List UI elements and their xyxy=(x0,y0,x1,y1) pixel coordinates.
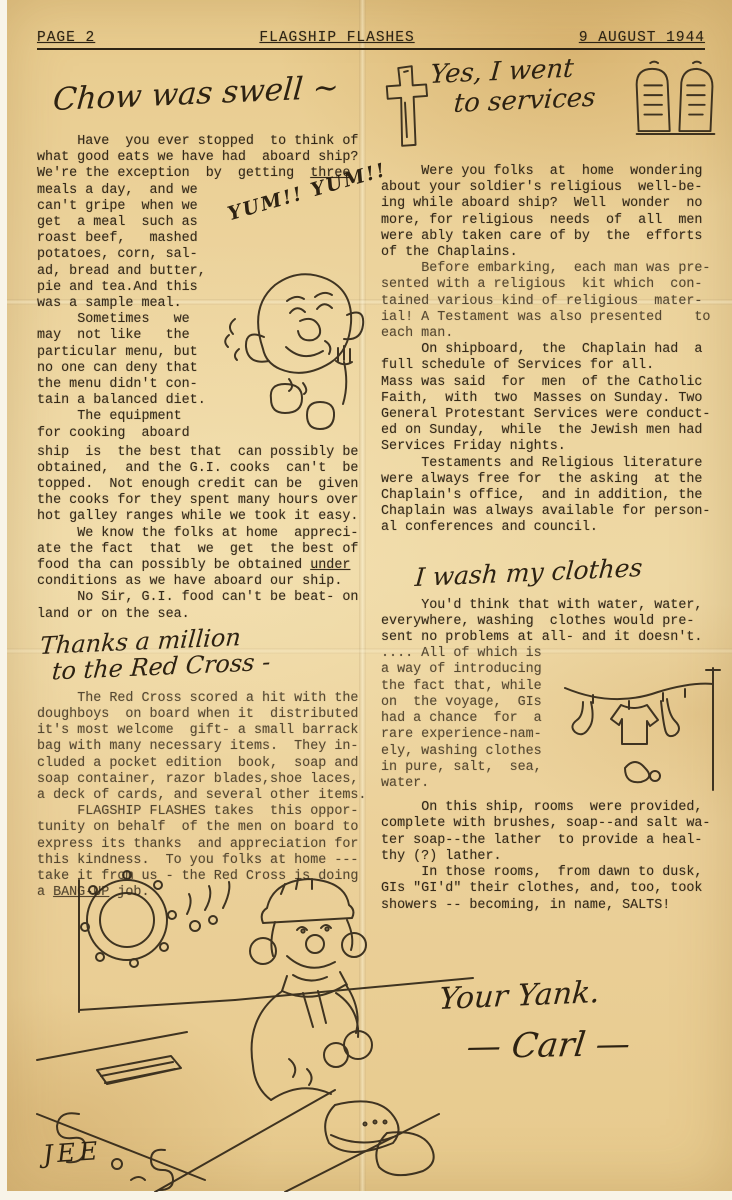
page-header: PAGE 2 FLAGSHIP FLASHES 9 AUGUST 1944 xyxy=(37,30,705,50)
issue-date: 9 AUGUST 1944 xyxy=(579,30,705,46)
red-cross-paragraph-1: The Red Cross scored a hit with the doug… xyxy=(37,691,371,804)
laundry-art-area xyxy=(563,646,727,800)
wash-text-with-laundry: .... All of which is a way of introducin… xyxy=(381,646,727,800)
chow-text-with-cartoon: meals a day, and we can't gripe when we … xyxy=(37,183,371,445)
wash-paragraph-2: .... All of which is a way of introducin… xyxy=(381,646,563,792)
signature-block: Your Yank. — Carl — xyxy=(439,982,719,1067)
wash-paragraph-1: You'd think that with water, water, ever… xyxy=(381,598,727,647)
services-headline-line2: to services xyxy=(453,81,625,119)
jee-caption: JEE xyxy=(42,1136,102,1169)
chow-paragraph-2: meals a day, and we can't gripe when we … xyxy=(37,183,217,442)
right-column: Yes, I went to services Were you folks a… xyxy=(381,56,727,914)
commandment-tablets-doodle xyxy=(625,56,727,142)
chow-p4-underlined-word: under xyxy=(310,558,350,573)
services-paragraph-4: Testaments and Religious literature were… xyxy=(381,456,727,537)
headline-yes-i-went: Yes, I went to services xyxy=(427,51,628,120)
left-column: Chow was swell ~ Have you ever stopped t… xyxy=(37,78,371,901)
newsletter-page: PAGE 2 FLAGSHIP FLASHES 9 AUGUST 1944 Ch… xyxy=(7,0,732,1191)
services-headline-row: Yes, I went to services xyxy=(381,56,727,156)
page-number-label: PAGE 2 xyxy=(37,30,95,46)
chow-paragraph-1: Have you ever stopped to think of what g… xyxy=(37,134,371,183)
signature-your-yank: Your Yank. xyxy=(438,970,721,1017)
cross-doodle xyxy=(381,56,429,156)
headline-i-wash-my-clothes: I wash my clothes xyxy=(414,549,728,592)
services-paragraph-1: Were you folks at home wondering about y… xyxy=(381,164,727,261)
wash-paragraph-3: On this ship, rooms were provided, compl… xyxy=(381,800,727,865)
cartoon-area: YUM!! YUM!! xyxy=(217,183,371,445)
winking-face-cartoon xyxy=(217,211,369,461)
services-paragraph-3: On shipboard, the Chaplain had a full sc… xyxy=(381,342,727,455)
headline-thanks-red-cross: Thanks a million to the Red Cross - xyxy=(37,618,373,685)
clothesline-laundry-doodle xyxy=(563,650,723,800)
chow-paragraph-5: No Sir, G.I. food can't be beat- on land… xyxy=(37,590,371,622)
chow-p4-text-end: conditions as we have aboard our ship. xyxy=(37,574,342,589)
headline-chow-was-swell: Chow was swell ~ xyxy=(52,68,373,118)
masthead-title: FLAGSHIP FLASHES xyxy=(259,30,414,46)
services-paragraph-2: Before embarking, each man was pre- sent… xyxy=(381,261,727,342)
signature-carl: — Carl — xyxy=(465,1023,722,1067)
chow-paragraph-4: We know the folks at home appreci- ate t… xyxy=(37,526,371,591)
